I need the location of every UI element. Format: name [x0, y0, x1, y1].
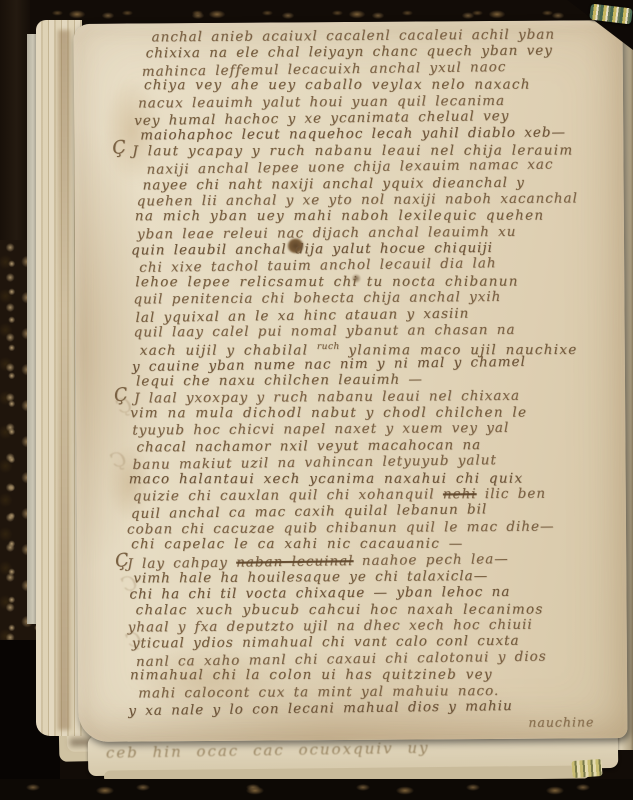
handwriting-segment: naahoe pech lea—	[353, 551, 508, 569]
handwriting-segment: chi ha chi til vocta chixaque — yban leh…	[129, 584, 510, 603]
handwriting-segment: chi capelac le ca xahi nic cacauanic —	[131, 536, 463, 553]
handwriting-segment: chiya vey ahe uey caballo veylax nelo na…	[144, 77, 531, 94]
endband-bottom	[571, 759, 602, 778]
handwriting-segment: vimh hale ha houilesaque ye chi talaxicl…	[133, 568, 488, 586]
handwriting-segment: nehi	[443, 486, 477, 502]
handwriting-segment: maco halantaui xech ycanima naxahui chi …	[129, 470, 524, 487]
handwriting-segment: coban chi cacuzae quib chibanun quil le …	[127, 518, 555, 537]
page-edge-crease	[58, 30, 70, 730]
catchword-line: nauchine	[128, 715, 620, 735]
paragraph-mark: Ç	[111, 139, 128, 157]
handwriting-segment: ruch	[317, 342, 340, 352]
handwriting-segment: nimahual chi la colon ui has quitzineb v…	[130, 667, 493, 684]
handwriting-segment: lequi che naxu chilchen leauimh —	[136, 372, 423, 390]
handwriting-segment: J laal yxoxpay y ruch nabanu leaui nel c…	[134, 387, 520, 406]
handwriting-segment: naban lecuinal	[236, 553, 354, 571]
handwriting-segment: quehen lii anchal y xe yto nol naxiji na…	[137, 190, 578, 209]
handwriting-segment: na mich yban uey mahi naboh lexilequic q…	[135, 208, 545, 225]
handwriting-line: chi ha chi til vocta chixaque — yban leh…	[127, 583, 619, 603]
handwriting-line: maiohaphoc lecut naquehoc lecah yahil di…	[124, 124, 616, 144]
paragraph-mark: Ç	[113, 386, 130, 404]
handwriting-segment: ilic ben	[477, 486, 547, 502]
handwriting-segment: lehoe lepee relicsamut chi tu nocta chib…	[135, 273, 518, 290]
underpage-caption: ceb hin ocac cac ocuoxquiv uy	[106, 739, 430, 762]
handwriting-segment: maiohaphoc lecut naquehoc lecah yahil di…	[140, 125, 566, 144]
book-cover-bottom-edge	[0, 779, 633, 800]
manuscript-photo: ceb hin ocac cac ocuoxquiv uy Ç Ç Ç Ç an…	[0, 0, 633, 800]
manuscript-page: Ç Ç Ç Ç anchal anieb acaiuxl cacalenl ca…	[74, 20, 628, 742]
handwriting-segment: nauchine	[528, 715, 594, 730]
paragraph-mark: Ç	[114, 552, 131, 570]
handwriting-segment: vim na mula dichodl nabut y chodl chilch…	[130, 405, 527, 422]
text-block: anchal anieb acaiuxl cacalenl cacaleui a…	[124, 26, 621, 734]
show-through-mark: Ç	[108, 446, 128, 473]
handwriting-segment: chalac xuch ybucub cahcui hoc naxah leca…	[136, 601, 544, 618]
